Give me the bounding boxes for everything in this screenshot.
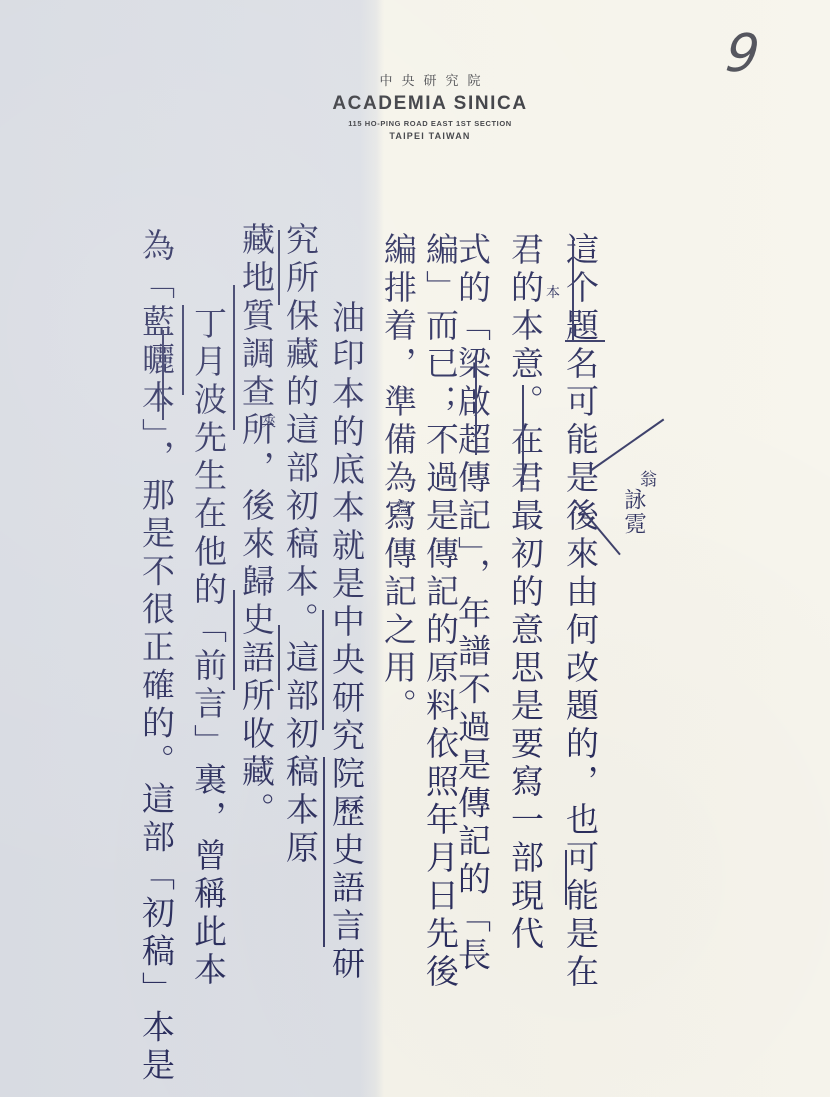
underline-mark bbox=[565, 340, 605, 342]
margin-bracket-line bbox=[323, 757, 325, 947]
strikethrough-mark bbox=[574, 500, 621, 555]
manuscript-column-5: 編排着，準備為寫傳記之用。 bbox=[378, 232, 418, 726]
margin-bracket-line bbox=[182, 305, 184, 395]
letterhead-chinese-name: 中央研究院 bbox=[300, 70, 560, 89]
margin-bracket-line bbox=[233, 590, 235, 690]
insertion-xie: 寫 bbox=[396, 497, 410, 517]
margin-bracket-line bbox=[278, 230, 280, 305]
manuscript-column-9: 丁月波先生在他的「前言」裏，曾稱此本 bbox=[188, 306, 228, 990]
letterhead-city: TAIPEI TAIWAN bbox=[300, 131, 560, 141]
struck-text-box bbox=[278, 625, 280, 690]
manuscript-column-8: 藏地質調查所，後來歸史語所收藏。 bbox=[236, 222, 276, 830]
margin-note-main: 詠霓 bbox=[618, 488, 649, 536]
insertion-ben: 本 bbox=[546, 282, 560, 302]
manuscript-page: 9 中央研究院 ACADEMIA SINICA 115 HO-PING ROAD… bbox=[0, 0, 830, 1097]
page-number: 9 bbox=[723, 24, 762, 84]
letterhead: 中央研究院 ACADEMIA SINICA 115 HO-PING ROAD E… bbox=[300, 70, 560, 141]
margin-bracket-line bbox=[475, 355, 477, 455]
margin-bracket-line bbox=[322, 610, 324, 730]
manuscript-column-4: 編」而已；不過是傳記的原料依照年月日先後 bbox=[420, 232, 460, 992]
manuscript-column-10: 為「藍曬本」，那是不很正確的。這部「初稿」本是 bbox=[136, 228, 176, 1086]
insertion-lai: 來 bbox=[262, 412, 276, 432]
letterhead-address: 115 HO-PING ROAD EAST 1ST SECTION bbox=[300, 119, 560, 128]
manuscript-column-6: 油印本的底本就是中央研究院歷史語言研 bbox=[326, 300, 366, 984]
manuscript-column-7: 究所保藏的這部初稿本。這部初稿本原 bbox=[280, 222, 320, 868]
margin-bracket-line bbox=[572, 240, 574, 340]
margin-note-top: 翁 bbox=[640, 465, 657, 490]
margin-bracket-line bbox=[162, 330, 164, 420]
margin-bracket-line bbox=[565, 850, 567, 905]
margin-bracket-line bbox=[522, 385, 524, 485]
strikethrough-mark bbox=[589, 419, 664, 472]
letterhead-english-name: ACADEMIA SINICA bbox=[300, 93, 560, 115]
margin-bracket-line bbox=[233, 285, 235, 430]
manuscript-column-3: 式的「梁啟超傳記」，年譜不過是傳記的「長 bbox=[452, 232, 492, 976]
manuscript-column-2: 君的本意。在君最初的意思是要寫一部現代 bbox=[505, 232, 545, 954]
manuscript-column-1: 這个題名可能是後來由何改題的，也可能是在 bbox=[560, 232, 600, 992]
